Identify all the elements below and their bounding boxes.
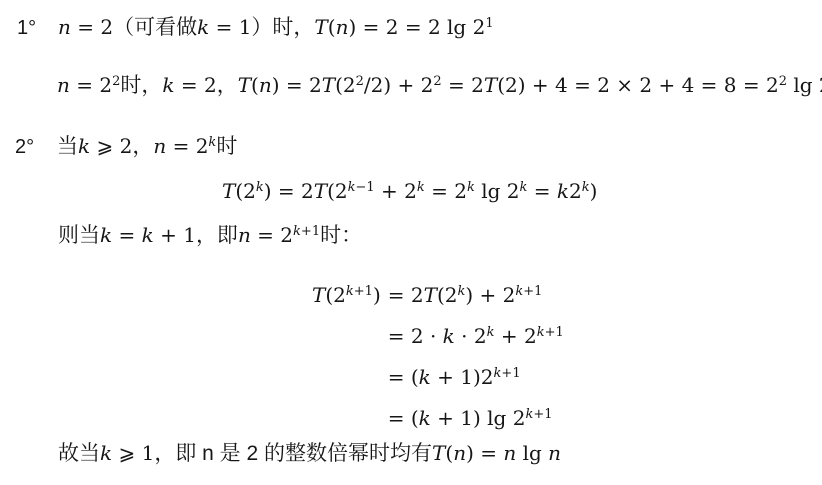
eq-row4-rhs: = (k + 1) lg 2k+1 — [388, 399, 564, 440]
math-superscript: 2 — [433, 73, 441, 88]
math-roman: ) = 2 = 2 lg 2 — [348, 15, 485, 39]
math-roman: ( — [251, 73, 259, 97]
cjk-text: ， — [132, 135, 153, 158]
math-roman: ) = — [466, 441, 503, 465]
math-variable: k — [348, 180, 356, 195]
math-roman: ⩾ 1 — [112, 441, 154, 465]
math-variable: T — [484, 73, 497, 97]
cjk-text: 时 — [216, 135, 237, 158]
math-roman: +1 — [501, 366, 520, 381]
math-roman: (2 — [335, 73, 356, 97]
math-superscript: k+1 — [515, 283, 542, 298]
math-variable: k — [78, 134, 90, 158]
math-roman: (2) + 4 = 2 × 2 + 4 = 8 = 2 — [497, 73, 779, 97]
math-variable: k — [162, 73, 174, 97]
conclusion-math: 故当k ⩾ 1，即 n 是 2 的整数倍幂时均有T(n) = n lg n — [58, 447, 561, 464]
math-variable: n — [57, 73, 70, 97]
case2-line2-math: 则当k = k + 1，即n = 2k+1时： — [58, 229, 362, 246]
math-roman: = 2 — [70, 73, 112, 97]
math-roman: + 1)2 — [431, 365, 494, 389]
math-variable: T — [314, 15, 327, 39]
math-roman: = 2 — [442, 73, 484, 97]
math-roman: ⩾ 2 — [90, 134, 132, 158]
math-roman: −1 — [356, 180, 375, 195]
aligned-equation-block: T(2k+1) = 2T(2k) + 2k+1 = 2 · k · 2k + 2… — [312, 276, 564, 440]
case2-display-equation: T(2k) = 2T(2k−1 + 2k = 2k lg 2k = k2k) — [222, 176, 597, 209]
math-variable: n — [453, 441, 466, 465]
math-roman: +1 — [523, 284, 542, 299]
math-variable: T — [222, 179, 235, 203]
math-roman: = 2 — [71, 15, 113, 39]
math-variable: n — [548, 441, 561, 465]
cjk-text: 则当 — [58, 224, 100, 247]
math-variable: k — [537, 325, 545, 340]
case1-line1-math: n = 2（可看做k = 1）时，T(n) = 2 = 2 lg 21 — [58, 21, 494, 38]
math-superscript: k+1 — [346, 283, 373, 298]
math-roman: /2) + 2 — [364, 73, 433, 97]
math-variable: T — [424, 283, 437, 307]
math-roman: = ( — [388, 365, 419, 389]
math-variable: n — [503, 441, 516, 465]
case1-line2-row: n = 22时，k = 2，T(n) = 2T(22/2) + 22 = 2T(… — [57, 70, 822, 103]
eq-row2-lhs — [312, 317, 381, 358]
case2-line1-math: 当k ⩾ 2，n = 2k时 — [57, 140, 237, 157]
math-roman: ) = 2 — [272, 73, 322, 97]
math-roman: (2 — [325, 283, 346, 307]
math-roman: (2 — [437, 283, 458, 307]
math-roman: + 2 — [494, 324, 536, 348]
case2-line1-row: 2°当k ⩾ 2，n = 2k时 — [15, 131, 237, 164]
cjk-text: 当 — [57, 135, 78, 158]
math-variable: k — [443, 324, 455, 348]
math-roman: +1 — [545, 325, 564, 340]
math-superscript: k+1 — [494, 365, 521, 380]
math-roman: + 1 — [154, 223, 196, 247]
math-variable: k — [100, 441, 112, 465]
math-roman: = — [112, 223, 141, 247]
document-page: 1°n = 2（可看做k = 1）时，T(n) = 2 = 2 lg 21 n … — [0, 0, 822, 485]
math-roman: 2 — [356, 74, 364, 89]
math-roman: + 1) lg 2 — [431, 406, 526, 430]
eq-row2-rhs: = 2 · k · 2k + 2k+1 — [388, 317, 564, 358]
conclusion-row: 故当k ⩾ 1，即 n 是 2 的整数倍幂时均有T(n) = n lg n — [58, 438, 561, 471]
math-variable: n — [336, 15, 349, 39]
math-roman: ( — [328, 15, 336, 39]
math-roman: (2 — [235, 179, 256, 203]
math-roman: 2 — [779, 74, 787, 89]
math-roman: 2 — [433, 74, 441, 89]
math-variable: T — [238, 73, 251, 97]
math-superscript: 1 — [485, 15, 493, 30]
case1-line2-math: n = 22时，k = 2，T(n) = 2T(22/2) + 22 = 2T(… — [57, 79, 822, 96]
math-variable: T — [312, 283, 325, 307]
math-superscript: k+1 — [525, 406, 552, 421]
cjk-text: ，即 — [196, 224, 238, 247]
math-roman: = 2 — [251, 223, 293, 247]
math-variable: n — [153, 134, 166, 158]
math-roman: ) — [373, 283, 381, 307]
math-superscript: k+1 — [293, 223, 320, 238]
math-variable: k — [467, 180, 475, 195]
case2-line2-row: 则当k = k + 1，即n = 2k+1时： — [58, 220, 362, 253]
math-variable: k — [419, 406, 431, 430]
math-superscript: k+1 — [537, 324, 564, 339]
eq-row1-lhs: T(2k+1) — [312, 276, 381, 317]
math-variable: k — [582, 180, 590, 195]
math-variable: T — [432, 441, 445, 465]
math-variable: k — [256, 180, 264, 195]
math-superscript: k — [417, 179, 425, 194]
case2-display-math: T(2k) = 2T(2k−1 + 2k = 2k lg 2k = k2k) — [222, 185, 597, 202]
math-variable: k — [417, 180, 425, 195]
math-roman: + 2 — [375, 179, 417, 203]
math-roman: · 2 — [455, 324, 487, 348]
math-roman: +1 — [533, 407, 552, 422]
math-roman: = 2 — [388, 283, 424, 307]
math-variable: n — [58, 15, 71, 39]
math-superscript: k — [582, 179, 590, 194]
cjk-text: 时， — [120, 74, 162, 97]
math-variable: n — [238, 223, 251, 247]
math-variable: k — [419, 365, 431, 389]
math-roman: 2 — [569, 179, 582, 203]
math-variable: k — [346, 284, 354, 299]
math-superscript: k — [467, 179, 475, 194]
math-roman: = 2 — [166, 134, 208, 158]
math-roman: lg — [516, 441, 548, 465]
case1-label: 1° — [17, 13, 58, 43]
math-roman: = 2 — [175, 73, 217, 97]
cjk-text: ）时， — [251, 16, 314, 39]
case2-label: 2° — [15, 132, 57, 162]
math-roman: ) + 2 — [465, 283, 515, 307]
math-variable: T — [314, 179, 327, 203]
math-roman: = 1 — [209, 15, 251, 39]
math-roman: = ( — [388, 406, 419, 430]
math-roman: ) — [590, 179, 598, 203]
math-variable: n — [259, 73, 272, 97]
math-roman: = — [527, 179, 556, 203]
math-variable: T — [322, 73, 335, 97]
math-roman: +1 — [301, 224, 320, 239]
cjk-text: 故当 — [58, 442, 100, 465]
math-roman: (2 — [327, 179, 348, 203]
eq-row3-rhs: = (k + 1)2k+1 — [388, 358, 564, 399]
math-roman: lg 2 — [787, 73, 822, 97]
eq-row3-lhs — [312, 358, 381, 399]
cjk-text: （可看做 — [113, 16, 197, 39]
math-variable: k — [142, 223, 154, 247]
math-variable: k — [557, 179, 569, 203]
math-roman: ) = 2 — [264, 179, 314, 203]
eq-row1-rhs: = 2T(2k) + 2k+1 — [388, 276, 564, 317]
math-variable: k — [100, 223, 112, 247]
math-superscript: 2 — [779, 73, 787, 88]
cjk-text: ， — [217, 74, 238, 97]
math-superscript: k−1 — [348, 179, 375, 194]
cjk-text: ，即 n 是 2 的整数倍幂时均有 — [154, 442, 432, 465]
math-variable: k — [293, 224, 301, 239]
cjk-text: 时： — [320, 224, 362, 247]
math-roman: = 2 · — [388, 324, 443, 348]
math-roman: +1 — [354, 284, 373, 299]
math-superscript: k — [256, 179, 264, 194]
math-superscript: 2 — [356, 73, 364, 88]
math-roman: 1 — [485, 16, 493, 31]
math-variable: k — [197, 15, 209, 39]
eq-row4-lhs — [312, 399, 381, 440]
math-roman: = 2 — [425, 179, 467, 203]
case1-line1-row: 1°n = 2（可看做k = 1）时，T(n) = 2 = 2 lg 21 — [17, 12, 494, 45]
math-roman: lg 2 — [475, 179, 520, 203]
